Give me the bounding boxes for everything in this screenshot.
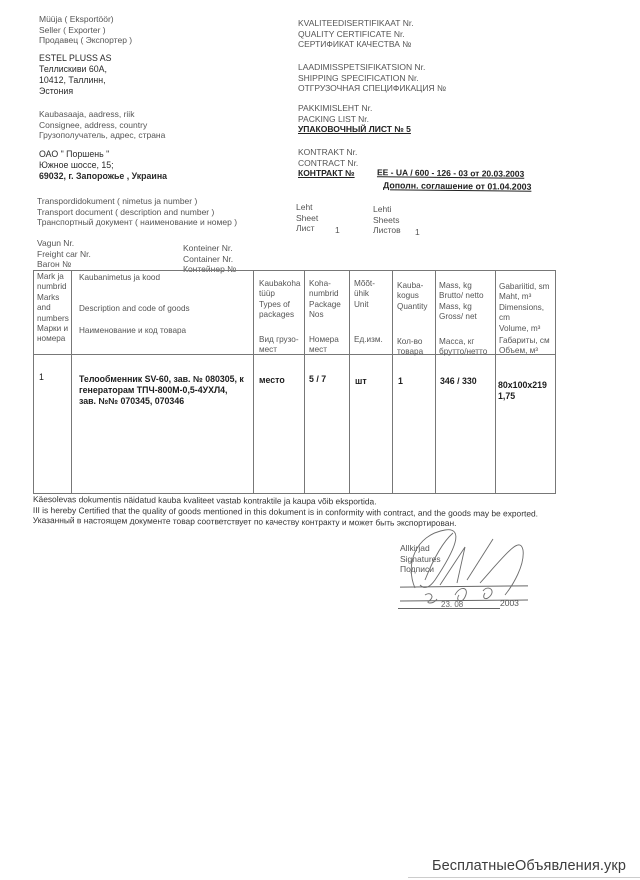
header-line: Mark ja bbox=[37, 272, 69, 282]
header-line: and bbox=[37, 303, 69, 313]
sheets-labels: Lehti Sheets Листов bbox=[373, 204, 401, 236]
quality-label-et: KVALITEEDISERTIFIKAAT Nr. bbox=[298, 18, 414, 29]
header-line: Объем, м³ bbox=[499, 346, 550, 356]
header-line: Mass, kg bbox=[439, 302, 484, 312]
header-line: Brutto/ netto bbox=[439, 291, 484, 301]
header-line: Unit bbox=[354, 300, 375, 310]
header-unit-ru: Ед.изм. bbox=[354, 335, 383, 345]
packing-label-en: PACKING LIST Nr. bbox=[298, 114, 411, 125]
seller-name: ESTEL PLUSS AS bbox=[39, 53, 112, 64]
header-line: packages bbox=[259, 310, 300, 320]
header-line: Габариты, см bbox=[499, 336, 550, 346]
header-description-ru: Наименование и код товара bbox=[79, 326, 186, 336]
header-package-nos: Koha-numbridPackageNos bbox=[309, 279, 341, 321]
contract-addendum: Дополн. соглашение от 01.04.2003 bbox=[383, 180, 532, 192]
handwritten-signature-icon: 23. 08 bbox=[395, 525, 545, 615]
row-package-nos: 5 / 7 bbox=[309, 374, 326, 385]
contract-line: КОНТРАКТ № EE - UA / 600 - 126 - 03 от 2… bbox=[298, 168, 525, 179]
sheet-labels: Leht Sheet Лист bbox=[296, 202, 318, 234]
header-line: Nos bbox=[309, 310, 341, 320]
header-line: Марки и bbox=[37, 324, 69, 334]
header-line: ühik bbox=[354, 289, 375, 299]
row-mass: 346 / 330 bbox=[440, 376, 477, 387]
header-quantity-ru: Кол-вотовара bbox=[397, 337, 423, 358]
wagon-labels: Vagun Nr. Freight car Nr. Вагон № bbox=[37, 238, 91, 270]
header-line: Kaubanimetus ja kood bbox=[79, 273, 190, 283]
row-description: Телообменник SV-60, зав. № 080305, к ген… bbox=[79, 374, 244, 407]
header-line bbox=[79, 294, 190, 304]
transport-label-et: Transpordidokument ( nimetus ja number ) bbox=[37, 196, 237, 207]
seller-city: 10412, Таллинн, bbox=[39, 75, 112, 86]
header-dimensions: Gabariitid, smMaht, m³Dimensions, cmVolu… bbox=[499, 282, 555, 334]
header-line: Наименование и код товара bbox=[79, 326, 186, 336]
signature-date: 23. 08 bbox=[441, 600, 464, 609]
header-package-nos-ru: Номерамест bbox=[309, 335, 339, 356]
consignee-name: ОАО " Поршень " bbox=[39, 149, 167, 160]
consignee-city: 69032, г. Запорожье , Украина bbox=[39, 171, 167, 182]
row-dimensions: 80x100x219 1,75 bbox=[498, 380, 547, 402]
header-line: Dimensions, cm bbox=[499, 303, 555, 324]
header-line: Ед.изм. bbox=[354, 335, 383, 345]
header-unit: Mõõt-ühikUnit bbox=[354, 279, 375, 310]
row-description-line: генераторам ТПЧ-800М-0,5-4УХЛ4, bbox=[79, 385, 244, 396]
sheets-label-ru: Листов bbox=[373, 225, 401, 236]
header-line: Quantity bbox=[397, 302, 428, 312]
header-line: Kauba- bbox=[397, 281, 428, 291]
header-line: мест bbox=[259, 345, 299, 355]
quality-label-en: QUALITY CERTIFICATE Nr. bbox=[298, 29, 414, 40]
header-line: numbers bbox=[37, 314, 69, 324]
transport-label-en: Transport document ( description and num… bbox=[37, 207, 237, 218]
header-line: Кол-во bbox=[397, 337, 423, 347]
header-line: Description and code of goods bbox=[79, 304, 190, 314]
sheets-label-et: Lehti bbox=[373, 204, 401, 215]
shipping-label-ru: ОТГРУЗОЧНАЯ СПЕЦИФИКАЦИЯ № bbox=[298, 83, 446, 94]
header-line bbox=[79, 283, 190, 293]
header-line: tüüp bbox=[259, 289, 300, 299]
packing-list-number: УПАКОВОЧНЫЙ ЛИСТ № 5 bbox=[298, 124, 411, 135]
consignee-street: Южное шоссе, 15; bbox=[39, 160, 167, 171]
row-dimensions-volume: 1,75 bbox=[498, 391, 547, 402]
row-description-line: зав. №№ 070345, 070346 bbox=[79, 396, 244, 407]
header-line: Mõõt- bbox=[354, 279, 375, 289]
contract-number: EE - UA / 600 - 126 - 03 от 20.03.2003 bbox=[377, 167, 524, 179]
header-line: Maht, m³ bbox=[499, 292, 555, 302]
transport-label-ru: Транспортный документ ( наименование и н… bbox=[37, 217, 237, 228]
header-line: Gross/ net bbox=[439, 312, 484, 322]
consignee-details: ОАО " Поршень " Южное шоссе, 15; 69032, … bbox=[39, 149, 167, 182]
seller-street: Теллискиви 60А, bbox=[39, 64, 112, 75]
header-line: Gabariitid, sm bbox=[499, 282, 555, 292]
row-description-line: Телообменник SV-60, зав. № 080305, к bbox=[79, 374, 244, 385]
header-line: Koha- bbox=[309, 279, 341, 289]
shipping-label-et: LAADIMISSPETSIFIKATSION Nr. bbox=[298, 62, 446, 73]
wagon-label-ru: Вагон № bbox=[37, 259, 91, 270]
sheet-label-en: Sheet bbox=[296, 213, 318, 224]
seller-country: Эстония bbox=[39, 86, 112, 97]
header-line: kogus bbox=[397, 291, 428, 301]
row-package-type: место bbox=[259, 375, 285, 386]
packing-list-labels: PAKKIMISLEHT Nr. PACKING LIST Nr. УПАКОВ… bbox=[298, 103, 411, 135]
goods-table: Mark janumbridMarksandnumbersМарки иноме… bbox=[33, 270, 556, 494]
seller-labels: Müüja ( Eksportöör) Seller ( Exporter ) … bbox=[39, 14, 132, 46]
sheet-value: 1 bbox=[335, 225, 340, 236]
contract-label-et: KONTRAKT Nr. bbox=[298, 147, 525, 158]
header-line: товара bbox=[397, 347, 423, 357]
sheets-value: 1 bbox=[415, 227, 420, 238]
row-quantity: 1 bbox=[398, 376, 403, 387]
header-marks: Mark janumbridMarksandnumbersМарки иноме… bbox=[37, 272, 69, 345]
header-line: брутто/нетто bbox=[439, 347, 487, 357]
consignee-label-en: Consignee, address, country bbox=[39, 120, 165, 131]
quality-label-ru: СЕРТИФИКАТ КАЧЕСТВА № bbox=[298, 39, 414, 50]
seller-label-ru: Продавец ( Экспортер ) bbox=[39, 35, 132, 46]
shipping-label-en: SHIPPING SPECIFICATION Nr. bbox=[298, 73, 446, 84]
header-line: Масса, кг bbox=[439, 337, 487, 347]
header-line: Kaubakoha bbox=[259, 279, 300, 289]
row-dimensions-size: 80x100x219 bbox=[498, 380, 547, 391]
header-mass: Mass, kgBrutto/ nettoMass, kgGross/ net bbox=[439, 281, 484, 323]
header-line: Номера bbox=[309, 335, 339, 345]
seller-label-en: Seller ( Exporter ) bbox=[39, 25, 132, 36]
row-mark: 1 bbox=[39, 372, 44, 383]
header-line: номера bbox=[37, 334, 69, 344]
seller-details: ESTEL PLUSS AS Теллискиви 60А, 10412, Та… bbox=[39, 53, 112, 97]
header-line: мест bbox=[309, 345, 339, 355]
header-line: Volume, m³ bbox=[499, 324, 555, 334]
header-dimensions-ru: Габариты, смОбъем, м³ bbox=[499, 336, 550, 357]
shipping-specification-labels: LAADIMISSPETSIFIKATSION Nr. SHIPPING SPE… bbox=[298, 62, 446, 94]
consignee-labels: Kaubasaaja, aadress, riik Consignee, add… bbox=[39, 109, 165, 141]
consignee-label-ru: Грузополучатель, адрес, страна bbox=[39, 130, 165, 141]
transport-labels: Transpordidokument ( nimetus ja number )… bbox=[37, 196, 237, 228]
header-line: Marks bbox=[37, 293, 69, 303]
header-line: Package bbox=[309, 300, 341, 310]
contract-label-ru: КОНТРАКТ № bbox=[298, 168, 355, 178]
header-line: numbrid bbox=[37, 282, 69, 292]
watermark-text: БесплатныеОбъявления.укр bbox=[432, 858, 626, 874]
contract-labels: KONTRAKT Nr. CONTRACT Nr. КОНТРАКТ № EE … bbox=[298, 147, 525, 179]
header-description: Kaubanimetus ja kood Description and cod… bbox=[79, 273, 190, 315]
header-quantity: Kauba-kogusQuantity bbox=[397, 281, 428, 312]
certification-statement: Käesolevas dokumentis näidatud kauba kva… bbox=[33, 494, 538, 529]
quality-certificate-labels: KVALITEEDISERTIFIKAAT Nr. QUALITY CERTIF… bbox=[298, 18, 414, 50]
header-package-type: KaubakohatüüpTypes ofpackages bbox=[259, 279, 300, 321]
row-unit: шт bbox=[355, 376, 367, 387]
header-package-type-ru: Вид грузо-мест bbox=[259, 335, 299, 356]
header-line: Types of bbox=[259, 300, 300, 310]
sheets-label-en: Sheets bbox=[373, 215, 401, 226]
container-label-et: Konteiner Nr. bbox=[183, 243, 236, 254]
header-line: Mass, kg bbox=[439, 281, 484, 291]
header-line: numbrid bbox=[309, 289, 341, 299]
seller-label-et: Müüja ( Eksportöör) bbox=[39, 14, 132, 25]
consignee-label-et: Kaubasaaja, aadress, riik bbox=[39, 109, 165, 120]
wagon-label-en: Freight car Nr. bbox=[37, 249, 91, 260]
wagon-label-et: Vagun Nr. bbox=[37, 238, 91, 249]
header-line: Вид грузо- bbox=[259, 335, 299, 345]
sheet-label-ru: Лист bbox=[296, 223, 318, 234]
container-label-en: Container Nr. bbox=[183, 254, 236, 265]
packing-label-et: PAKKIMISLEHT Nr. bbox=[298, 103, 411, 114]
sheet-label-et: Leht bbox=[296, 202, 318, 213]
header-mass-ru: Масса, кгбрутто/нетто bbox=[439, 337, 487, 358]
